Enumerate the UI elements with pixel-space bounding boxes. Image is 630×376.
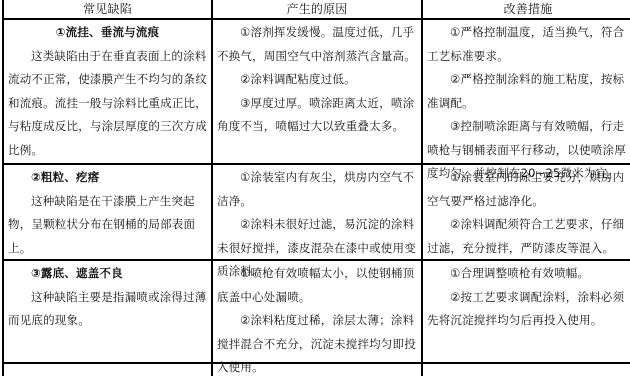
- table-row-measures: ①合理调整喷枪有效喷幅。 ②按工艺要求调配涂料，涂料必须先将沉淀搅拌均匀后再投入…: [423, 262, 630, 333]
- measure-item: ②按工艺要求调配涂料，涂料必须先将沉淀搅拌均匀后再投入使用。: [427, 286, 629, 333]
- measure-item: ②严格控制涂料的施工粘度，按标准调配。: [427, 68, 629, 115]
- cause-item: ②涂料调配粘度过低。: [217, 68, 417, 92]
- cause-item: ①溶剂挥发缓慢。温度过低，几乎不换气，周围空气中溶剂蒸汽含量高。: [217, 21, 417, 68]
- defect-description: 这种缺陷是在干漆膜上产生突起物，呈颗粒状分布在钢桶的局部表面上。: [8, 190, 207, 261]
- table-row-causes: ①溶剂挥发缓慢。温度过低，几乎不换气，周围空气中溶剂蒸汽含量高。 ②涂料调配粘度…: [213, 21, 421, 139]
- measure-item: ①合理调整喷枪有效喷幅。: [427, 262, 629, 286]
- cause-item: ①喷枪有效喷幅太小，以使钢桶顶底盖中心处漏喷。: [217, 262, 417, 309]
- table-row-defect: ②粗粒、疙瘩 这种缺陷是在干漆膜上产生突起物，呈颗粒状分布在钢桶的局部表面上。: [4, 166, 211, 260]
- header-measure: 改善措施: [423, 0, 630, 18]
- defect-title: ②粗粒、疙瘩: [8, 166, 207, 190]
- defect-description: 这种缺陷主要是指漏喷或涂得过薄而见底的现象。: [8, 286, 207, 333]
- table-row-measures: ①涂装室内的除尘要充分，烘房内空气要严格过滤净化。 ②涂料调配须符合工艺要求，仔…: [423, 166, 630, 260]
- defect-title: ①流挂、垂流与流痕: [8, 21, 207, 45]
- header-divider: [2, 18, 630, 20]
- defect-description: 这类缺陷由于在垂直表面上的涂料流动不正常，使漆膜产生不均匀的条纹和流痕。流挂一般…: [8, 45, 207, 163]
- header-defect: 常见缺陷: [4, 0, 211, 18]
- cause-item: ③厚度过厚。喷涂距离太近，喷涂角度不当，喷幅过大以致重叠太多。: [217, 92, 417, 139]
- table-row-measures: ①严格控制温度，适当换气，符合工艺标准要求。 ②严格控制涂料的施工粘度，按标准调…: [423, 21, 630, 186]
- measure-item: ①涂装室内的除尘要充分，烘房内空气要严格过滤净化。: [427, 166, 629, 213]
- measure-item: ②涂料调配须符合工艺要求，仔细过滤，充分搅拌，严防漆皮等混入。: [427, 213, 629, 260]
- table-row-defect: ③露底、遮盖不良 这种缺陷主要是指漏喷或涂得过薄而见底的现象。: [4, 262, 211, 333]
- measure-item: ①严格控制温度，适当换气，符合工艺标准要求。: [427, 21, 629, 68]
- cause-item: ①涂装室内有灰尘，烘房内空气不洁净。: [217, 166, 417, 213]
- cause-item: ②涂料粘度过稀，涂层太薄；涂料搅拌混合不充分，沉淀未搅拌均匀即投入使用。: [217, 309, 417, 376]
- table-row-causes: ①喷枪有效喷幅太小，以使钢桶顶底盖中心处漏喷。 ②涂料粘度过稀，涂层太薄；涂料搅…: [213, 262, 421, 376]
- header-cause: 产生的原因: [213, 0, 421, 18]
- defects-table: 常见缺陷 产生的原因 改善措施 ①流挂、垂流与流痕 这类缺陷由于在垂直表面上的涂…: [2, 0, 630, 376]
- table-row-defect: ①流挂、垂流与流痕 这类缺陷由于在垂直表面上的涂料流动不正常，使漆膜产生不均匀的…: [4, 21, 211, 162]
- defect-title: ③露底、遮盖不良: [8, 262, 207, 286]
